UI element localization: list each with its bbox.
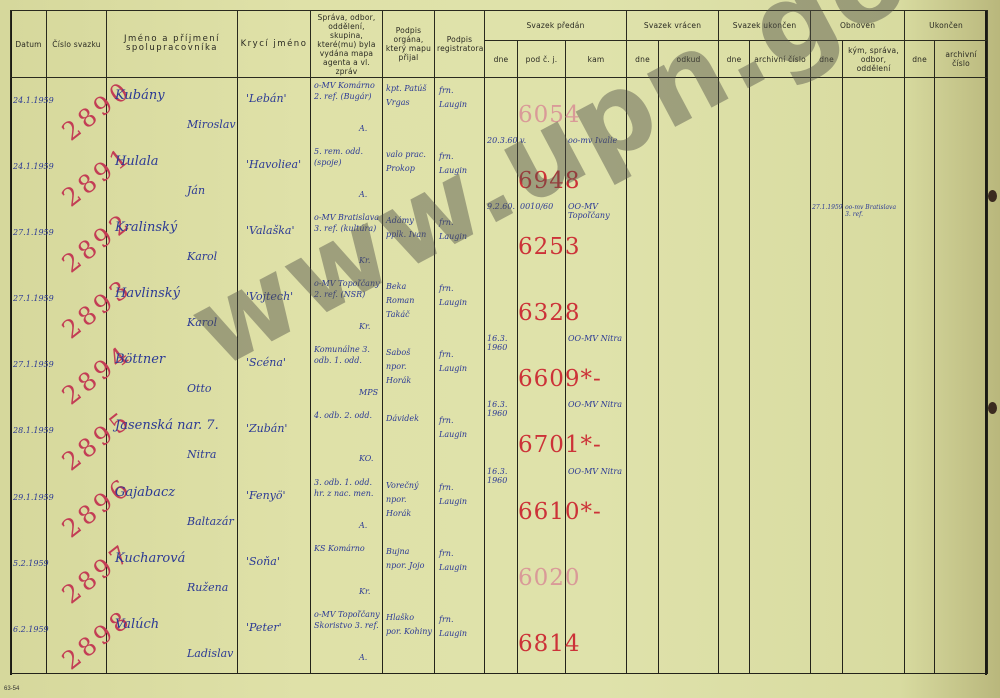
cell-ukoncen2-archivni-cislo <box>935 144 988 210</box>
cell-podpis-registratora: frn. Laugin <box>435 541 485 607</box>
codename-text: 'Havoliea' <box>246 158 301 171</box>
cell-ukoncen2-archivni-cislo <box>935 342 988 408</box>
cell-podpis-registratora: frn. Laugin <box>435 78 485 144</box>
surname-text: Gajabacz <box>115 485 175 500</box>
cell-cislo-svazku: 2895 <box>47 408 107 474</box>
sprava-text: KS Komárno <box>314 543 380 554</box>
cell-ukoncen-dne <box>719 144 750 210</box>
cell-ukoncen-dne <box>719 475 750 541</box>
cell-ukoncen-dne <box>719 408 750 474</box>
cell-ukoncen2-dne <box>905 342 935 408</box>
sprava-sign: A. <box>359 190 367 199</box>
cell-kryci-jmeno: 'Valaška' <box>238 210 311 276</box>
cell-sprava: o-MV Topoľčany Skoristvo 3. ref. A. <box>311 607 383 673</box>
cell-predan-cj: 6701*- <box>518 408 566 474</box>
sprava-sign: KO. <box>359 454 373 463</box>
sprava-sign: Kr. <box>359 322 370 331</box>
col-header-ukoncen2-dne: dne <box>905 41 935 78</box>
cell-podpis-registratora: frn. Laugin <box>435 342 485 408</box>
predan-kam-text: OO-MV Nitra <box>568 400 624 409</box>
col-group-ukoncen: Ukončen <box>905 11 988 41</box>
cell-podpis-organa: Bujna npor. Jojo <box>383 541 435 607</box>
sprava-sign: A. <box>359 653 367 662</box>
cell-sprava: 4. odb. 2. odd. KO. <box>311 408 383 474</box>
cell-predan-dne: 9.2.60. <box>485 210 518 276</box>
cell-ukoncen-archivni-cislo <box>750 144 811 210</box>
cell-ukoncen-archivni-cislo <box>750 475 811 541</box>
cell-predan-dne: 16.3. 1960 <box>485 408 518 474</box>
surname-text: Jasenská nar. 7. <box>115 418 219 433</box>
cell-predan-dne: 20.3.60 <box>485 144 518 210</box>
cell-ukoncen-dne <box>719 276 750 342</box>
cell-predan-kam: OO-MV Nitra <box>566 342 627 408</box>
cell-obnoven-dne <box>811 408 843 474</box>
codename-text: 'Lebán' <box>246 92 287 105</box>
col-group-svazek-ukoncen: Svazek ukončen <box>719 11 811 41</box>
cell-kryci-jmeno: 'Soňa' <box>238 541 311 607</box>
cell-podpis-organa: Vorečný npor. Horák <box>383 475 435 541</box>
cell-obnoven-kym <box>843 475 905 541</box>
sprava-sign: Kr. <box>359 587 370 596</box>
sprava-text: o-MV Topoľčany Skoristvo 3. ref. <box>314 609 380 631</box>
cell-datum: 27.1.1959 <box>11 210 47 276</box>
cell-ukoncen2-archivni-cislo <box>935 607 988 673</box>
cell-ukoncen-archivni-cislo <box>750 78 811 144</box>
col-header-datum: Datum <box>11 11 47 78</box>
datum-text: 5.2.1959 <box>13 559 49 568</box>
cell-vracen-odkud <box>659 607 719 673</box>
firstname-text: Ján <box>187 184 205 197</box>
cell-datum: 28.1.1959 <box>11 408 47 474</box>
col-group-svazek-predan: Svazek předán <box>485 11 627 41</box>
sprava-sign: MPS <box>359 388 378 397</box>
cell-obnoven-kym <box>843 607 905 673</box>
cell-ukoncen-archivni-cislo <box>750 276 811 342</box>
col-header-sprava: Správa, odbor, oddělení, skupina, které(… <box>311 11 383 78</box>
firstname-text: Baltazár <box>187 515 234 528</box>
cell-predan-cj: 6814 <box>518 607 566 673</box>
sprava-text: 4. odb. 2. odd. <box>314 410 380 421</box>
codename-text: 'Peter' <box>246 621 282 634</box>
cell-cislo-svazku: 2896 <box>47 475 107 541</box>
registrator-signature: frn. Laugin <box>439 282 477 310</box>
cell-cislo-svazku: 2892 <box>47 210 107 276</box>
cell-vracen-odkud <box>659 78 719 144</box>
cell-datum: 27.1.1959 <box>11 342 47 408</box>
cell-jmeno: Kucharová Ružena <box>107 541 238 607</box>
firstname-text: Karol <box>187 250 217 263</box>
predan-dne-text: 20.3.60 <box>487 136 517 145</box>
cell-podpis-organa: Hlaško por. Kohiny <box>383 607 435 673</box>
cell-vracen-dne <box>627 276 659 342</box>
cell-predan-kam <box>566 276 627 342</box>
predan-cj-text: v. <box>520 136 526 145</box>
codename-text: 'Zubán' <box>246 422 287 435</box>
cell-jmeno: Jasenská nar. 7. Nitra <box>107 408 238 474</box>
cell-kryci-jmeno: 'Vojtech' <box>238 276 311 342</box>
cell-podpis-registratora: frn. Laugin <box>435 408 485 474</box>
organ-signature: valo prac. Prokop <box>386 148 432 176</box>
punch-hole-icon <box>988 402 997 414</box>
cell-predan-kam: OO-MV Nitra <box>566 475 627 541</box>
col-header-cislo-svazku: Číslo svazku <box>47 11 107 78</box>
cell-vracen-odkud <box>659 475 719 541</box>
predan-kam-text: OO-MV Topoľčany <box>568 202 624 220</box>
cell-datum: 24.1.1959 <box>11 144 47 210</box>
cell-ukoncen-archivni-cislo <box>750 541 811 607</box>
cell-predan-kam: oo-mv Ivalie <box>566 144 627 210</box>
cell-predan-dne <box>485 78 518 144</box>
cell-cislo-svazku: 2897 <box>47 541 107 607</box>
cell-ukoncen2-archivni-cislo <box>935 408 988 474</box>
col-header-jmeno: Jméno a příjmení spolupracovníka <box>107 11 238 78</box>
cell-podpis-registratora: frn. Laugin <box>435 475 485 541</box>
cell-predan-dne <box>485 276 518 342</box>
cell-ukoncen2-dne <box>905 541 935 607</box>
cell-ukoncen-archivni-cislo <box>750 408 811 474</box>
organ-signature: Hlaško por. Kohiny <box>386 611 432 639</box>
cell-ukoncen-dne <box>719 607 750 673</box>
cell-ukoncen-archivni-cislo <box>750 342 811 408</box>
punch-hole-icon <box>988 190 997 202</box>
firstname-text: Karol <box>187 316 217 329</box>
cell-podpis-registratora: frn. Laugin <box>435 210 485 276</box>
cell-vracen-dne <box>627 144 659 210</box>
col-header-ukoncen-archivni-cislo: archivní číslo <box>750 41 811 78</box>
cell-podpis-organa: Dávidek <box>383 408 435 474</box>
table-row: 24.1.1959 2891 Hulala Ján 'Havoliea' 5. … <box>11 144 988 210</box>
cell-ukoncen2-dne <box>905 475 935 541</box>
codename-text: 'Fenyö' <box>246 489 286 502</box>
cell-obnoven-kym: oo-mv Bratislava 3. ref. <box>843 210 905 276</box>
cell-predan-kam <box>566 607 627 673</box>
registrator-signature: frn. Laugin <box>439 348 477 376</box>
cell-podpis-organa: Beka Roman Takáč <box>383 276 435 342</box>
table-row: 24.1.1959 2890 Kubány Miroslav 'Lebán' o… <box>11 78 988 144</box>
cell-predan-cj: 6610*- <box>518 475 566 541</box>
organ-signature: Bujna npor. Jojo <box>386 545 432 573</box>
cell-podpis-organa: valo prac. Prokop <box>383 144 435 210</box>
organ-signature: Vorečný npor. Horák <box>386 479 432 521</box>
cell-ukoncen-dne <box>719 342 750 408</box>
firstname-text: Miroslav <box>187 118 236 131</box>
organ-signature: Saboš npor. Horák <box>386 346 432 388</box>
cell-sprava: o-MV Topoľčany 2. ref. (NSR) Kr. <box>311 276 383 342</box>
cell-ukoncen-dne <box>719 78 750 144</box>
datum-text: 6.2.1959 <box>13 625 49 634</box>
cell-sprava: Komunálne 3. odb. 1. odd. MPS <box>311 342 383 408</box>
table-row: 28.1.1959 2895 Jasenská nar. 7. Nitra 'Z… <box>11 408 988 474</box>
registrator-signature: frn. Laugin <box>439 216 477 244</box>
cell-datum: 29.1.1959 <box>11 475 47 541</box>
sprava-text: o-MV Topoľčany 2. ref. (NSR) <box>314 278 380 300</box>
cell-kryci-jmeno: 'Scéna' <box>238 342 311 408</box>
col-group-obnoven: Obnoven <box>811 11 905 41</box>
cell-ukoncen2-archivni-cislo <box>935 541 988 607</box>
form-code: 63-54 <box>4 686 19 692</box>
cell-cislo-svazku: 2894 <box>47 342 107 408</box>
firstname-text: Ružena <box>187 581 228 594</box>
sprava-text: o-MV Komárno 2. ref. (Bugár) <box>314 80 380 102</box>
cell-jmeno: Hulala Ján <box>107 144 238 210</box>
cell-vracen-dne <box>627 607 659 673</box>
cell-predan-kam <box>566 541 627 607</box>
cell-obnoven-kym <box>843 342 905 408</box>
cell-sprava: KS Komárno Kr. <box>311 541 383 607</box>
cell-predan-kam: OO-MV Nitra <box>566 408 627 474</box>
registrator-signature: frn. Laugin <box>439 150 477 178</box>
cell-ukoncen-archivni-cislo <box>750 607 811 673</box>
firstname-text: Nitra <box>187 448 216 461</box>
cell-obnoven-dne <box>811 144 843 210</box>
col-header-obnoven-dne: dne <box>811 41 843 78</box>
cell-datum: 6.2.1959 <box>11 607 47 673</box>
cell-kryci-jmeno: 'Zubán' <box>238 408 311 474</box>
cell-jmeno: Böttner Otto <box>107 342 238 408</box>
predan-kam-text: OO-MV Nitra <box>568 467 624 476</box>
predan-kam-text: oo-mv Ivalie <box>568 136 624 145</box>
cell-datum: 27.1.1959 <box>11 276 47 342</box>
cell-cislo-svazku: 2890 <box>47 78 107 144</box>
surname-text: Hulala <box>115 154 159 169</box>
cell-podpis-organa: Saboš npor. Horák <box>383 342 435 408</box>
col-header-podpis-registratora: Podpis registratora <box>435 11 485 78</box>
table-row: 27.1.1959 2893 Havlinský Karol 'Vojtech'… <box>11 276 988 342</box>
cell-predan-cj: v. 6948 <box>518 144 566 210</box>
sprava-text: 3. odb. 1. odd. hr. z nac. men. <box>314 477 380 499</box>
cell-predan-dne: 16.3. 1960 <box>485 475 518 541</box>
cell-jmeno: Kralinský Karol <box>107 210 238 276</box>
cell-vracen-dne <box>627 210 659 276</box>
registrator-signature: frn. Laugin <box>439 613 477 641</box>
codename-text: 'Valaška' <box>246 224 295 237</box>
registrator-signature: frn. Laugin <box>439 547 477 575</box>
col-header-obnoven-kym: kým, správa, odbor, oddělení <box>843 41 905 78</box>
cell-vracen-odkud <box>659 541 719 607</box>
surname-text: Havlinský <box>115 286 180 301</box>
table-row: 27.1.1959 2894 Böttner Otto 'Scéna' Komu… <box>11 342 988 408</box>
cell-ukoncen2-dne <box>905 144 935 210</box>
cell-predan-cj: 6054 <box>518 78 566 144</box>
cell-obnoven-dne <box>811 342 843 408</box>
col-header-ukoncen2-archivni-cislo: archivní číslo <box>935 41 988 78</box>
predan-cj-text: 0010/60 <box>520 202 553 211</box>
cell-datum: 5.2.1959 <box>11 541 47 607</box>
cell-ukoncen2-dne <box>905 210 935 276</box>
cell-vracen-odkud <box>659 276 719 342</box>
obnoven-dne-text: 27.1.1959 <box>812 204 843 211</box>
cell-obnoven-dne: 27.1.1959 <box>811 210 843 276</box>
predan-dne-text: 9.2.60. <box>487 202 517 211</box>
table-row: 5.2.1959 2897 Kucharová Ružena 'Soňa' KS… <box>11 541 988 607</box>
organ-signature: Beka Roman Takáč <box>386 280 432 322</box>
organ-signature: Dávidek <box>386 412 432 426</box>
cell-ukoncen2-dne <box>905 607 935 673</box>
surname-text: Böttner <box>115 352 165 367</box>
cell-vracen-odkud <box>659 408 719 474</box>
sprava-sign: Kr. <box>359 256 370 265</box>
cell-ukoncen2-archivni-cislo <box>935 210 988 276</box>
cell-jmeno: Havlinský Karol <box>107 276 238 342</box>
firstname-text: Ladislav <box>187 647 233 660</box>
cell-obnoven-kym <box>843 78 905 144</box>
table-row: 29.1.1959 2896 Gajabacz Baltazár 'Fenyö'… <box>11 475 988 541</box>
cell-sprava: o-MV Bratislava 3. ref. (kultúra) Kr. <box>311 210 383 276</box>
surname-text: Kubány <box>115 88 165 103</box>
sprava-text: o-MV Bratislava 3. ref. (kultúra) <box>314 212 380 234</box>
cell-sprava: o-MV Komárno 2. ref. (Bugár) A. <box>311 78 383 144</box>
cell-podpis-registratora: frn. Laugin <box>435 276 485 342</box>
cell-obnoven-dne <box>811 541 843 607</box>
cell-ukoncen2-archivni-cislo <box>935 78 988 144</box>
predan-dne-text: 16.3. 1960 <box>487 400 517 418</box>
sprava-text: 5. rem. odd. (spoje) <box>314 146 380 168</box>
cell-kryci-jmeno: 'Havoliea' <box>238 144 311 210</box>
sprava-sign: A. <box>359 521 367 530</box>
cell-vracen-dne <box>627 342 659 408</box>
cell-kryci-jmeno: 'Fenyö' <box>238 475 311 541</box>
surname-text: Kucharová <box>115 551 185 566</box>
cell-cislo-svazku: 2891 <box>47 144 107 210</box>
sprava-text: Komunálne 3. odb. 1. odd. <box>314 344 380 366</box>
col-header-vracen-odkud: odkud <box>659 41 719 78</box>
cell-kryci-jmeno: 'Lebán' <box>238 78 311 144</box>
organ-signature: Adámy pplk. Ivan <box>386 214 432 242</box>
cell-vracen-dne <box>627 78 659 144</box>
cell-sprava: 3. odb. 1. odd. hr. z nac. men. A. <box>311 475 383 541</box>
table-row: 6.2.1959 2898 Valúch Ladislav 'Peter' o-… <box>11 607 988 673</box>
col-header-podpis-organa: Podpis orgána, který mapu přijal <box>383 11 435 78</box>
cell-predan-kam <box>566 78 627 144</box>
cell-ukoncen-archivni-cislo <box>750 210 811 276</box>
surname-text: Valúch <box>115 617 159 632</box>
cell-predan-cj: 6328 <box>518 276 566 342</box>
col-header-vracen-dne: dne <box>627 41 659 78</box>
col-header-predan-kam: kam <box>566 41 627 78</box>
codename-text: 'Scéna' <box>246 356 286 369</box>
cell-podpis-organa: Adámy pplk. Ivan <box>383 210 435 276</box>
cell-vracen-odkud <box>659 342 719 408</box>
col-header-kryci-jmeno: Krycí jméno <box>238 11 311 78</box>
registrator-signature: frn. Laugin <box>439 481 477 509</box>
cell-vracen-dne <box>627 541 659 607</box>
cell-cislo-svazku: 2898 <box>47 607 107 673</box>
cell-obnoven-dne <box>811 475 843 541</box>
sprava-sign: A. <box>359 124 367 133</box>
cell-obnoven-dne <box>811 607 843 673</box>
cell-ukoncen2-archivni-cislo <box>935 475 988 541</box>
cell-predan-cj: 6020 <box>518 541 566 607</box>
cell-vracen-odkud <box>659 210 719 276</box>
cell-jmeno: Gajabacz Baltazár <box>107 475 238 541</box>
predan-dne-text: 16.3. 1960 <box>487 334 517 352</box>
cell-ukoncen2-dne <box>905 276 935 342</box>
cell-predan-cj: 6609*- <box>518 342 566 408</box>
predan-kam-text: OO-MV Nitra <box>568 334 624 343</box>
cell-predan-dne: 16.3. 1960 <box>485 342 518 408</box>
cell-podpis-registratora: frn. Laugin <box>435 144 485 210</box>
cell-predan-cj: 0010/60 6253 <box>518 210 566 276</box>
cell-predan-dne <box>485 607 518 673</box>
surname-text: Kralinský <box>115 220 177 235</box>
cell-ukoncen-dne <box>719 210 750 276</box>
table-row: 27.1.1959 2892 Kralinský Karol 'Valaška'… <box>11 210 988 276</box>
cell-vracen-dne <box>627 408 659 474</box>
cell-obnoven-kym <box>843 276 905 342</box>
cell-ukoncen2-dne <box>905 408 935 474</box>
cell-ukoncen2-dne <box>905 78 935 144</box>
registrator-signature: frn. Laugin <box>439 84 477 112</box>
predan-dne-text: 16.3. 1960 <box>487 467 517 485</box>
cell-ukoncen-dne <box>719 541 750 607</box>
register-table: Datum Číslo svazku Jméno a příjmení spol… <box>10 10 988 674</box>
cell-predan-dne <box>485 541 518 607</box>
cell-obnoven-kym <box>843 144 905 210</box>
cell-obnoven-kym <box>843 408 905 474</box>
cell-jmeno: Kubány Miroslav <box>107 78 238 144</box>
cell-vracen-dne <box>627 475 659 541</box>
codename-text: 'Vojtech' <box>246 290 293 303</box>
col-header-ukoncen-dne: dne <box>719 41 750 78</box>
cell-obnoven-kym <box>843 541 905 607</box>
codename-text: 'Soňa' <box>246 555 280 568</box>
col-header-predan-cj: pod č. j. <box>518 41 566 78</box>
cell-jmeno: Valúch Ladislav <box>107 607 238 673</box>
scanned-register-page: Datum Číslo svazku Jméno a příjmení spol… <box>0 0 1000 698</box>
organ-signature: kpt. Patúš Vrgas <box>386 82 432 110</box>
cell-podpis-registratora: frn. Laugin <box>435 607 485 673</box>
cell-datum: 24.1.1959 <box>11 78 47 144</box>
cell-podpis-organa: kpt. Patúš Vrgas <box>383 78 435 144</box>
registrator-signature: frn. Laugin <box>439 414 477 442</box>
cell-kryci-jmeno: 'Peter' <box>238 607 311 673</box>
obnoven-kym-text: oo-mv Bratislava 3. ref. <box>845 204 903 218</box>
cell-obnoven-dne <box>811 78 843 144</box>
cell-obnoven-dne <box>811 276 843 342</box>
cell-sprava: 5. rem. odd. (spoje) A. <box>311 144 383 210</box>
firstname-text: Otto <box>187 382 211 395</box>
col-group-svazek-vracen: Svazek vrácen <box>627 11 719 41</box>
col-header-predan-dne: dne <box>485 41 518 78</box>
cell-ukoncen2-archivni-cislo <box>935 276 988 342</box>
cell-vracen-odkud <box>659 144 719 210</box>
cell-predan-kam: OO-MV Topoľčany <box>566 210 627 276</box>
cell-cislo-svazku: 2893 <box>47 276 107 342</box>
